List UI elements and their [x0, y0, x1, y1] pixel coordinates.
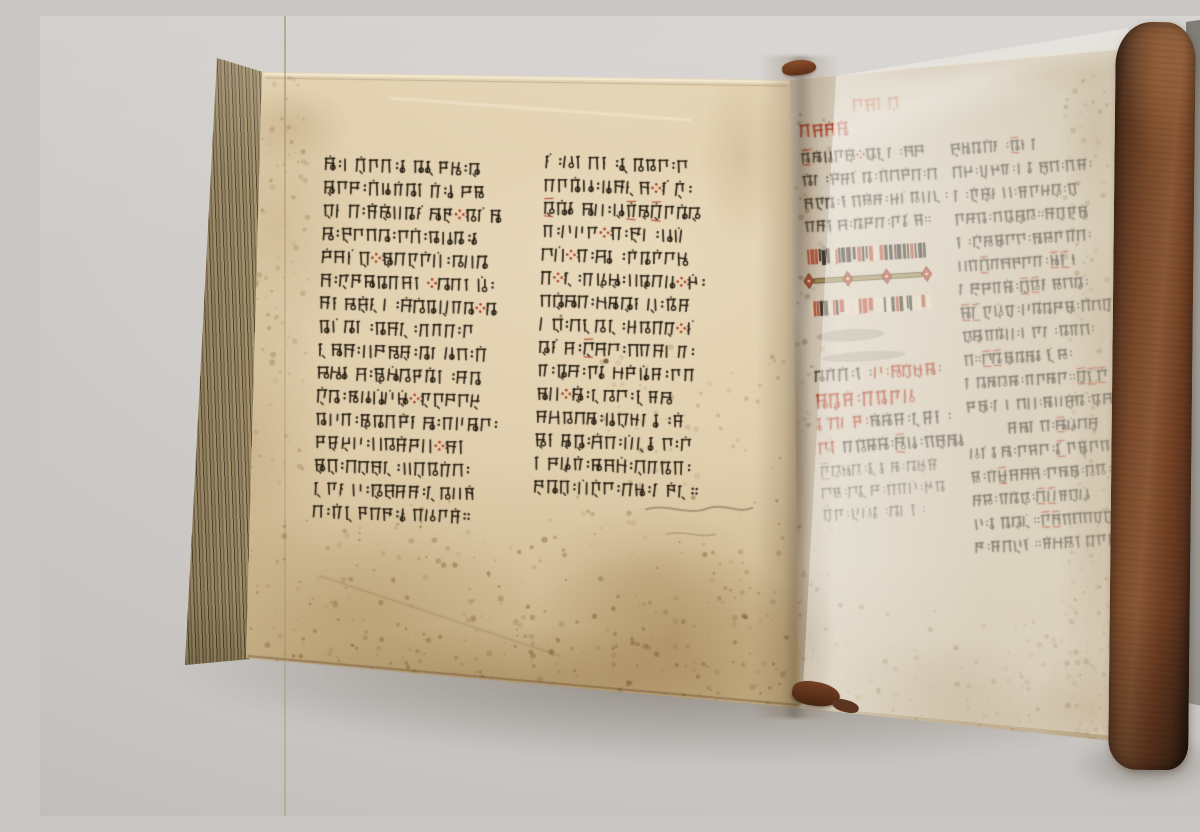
photo-stage — [40, 16, 1200, 816]
hanging-thread — [284, 16, 286, 816]
leather-cover — [1108, 22, 1196, 771]
